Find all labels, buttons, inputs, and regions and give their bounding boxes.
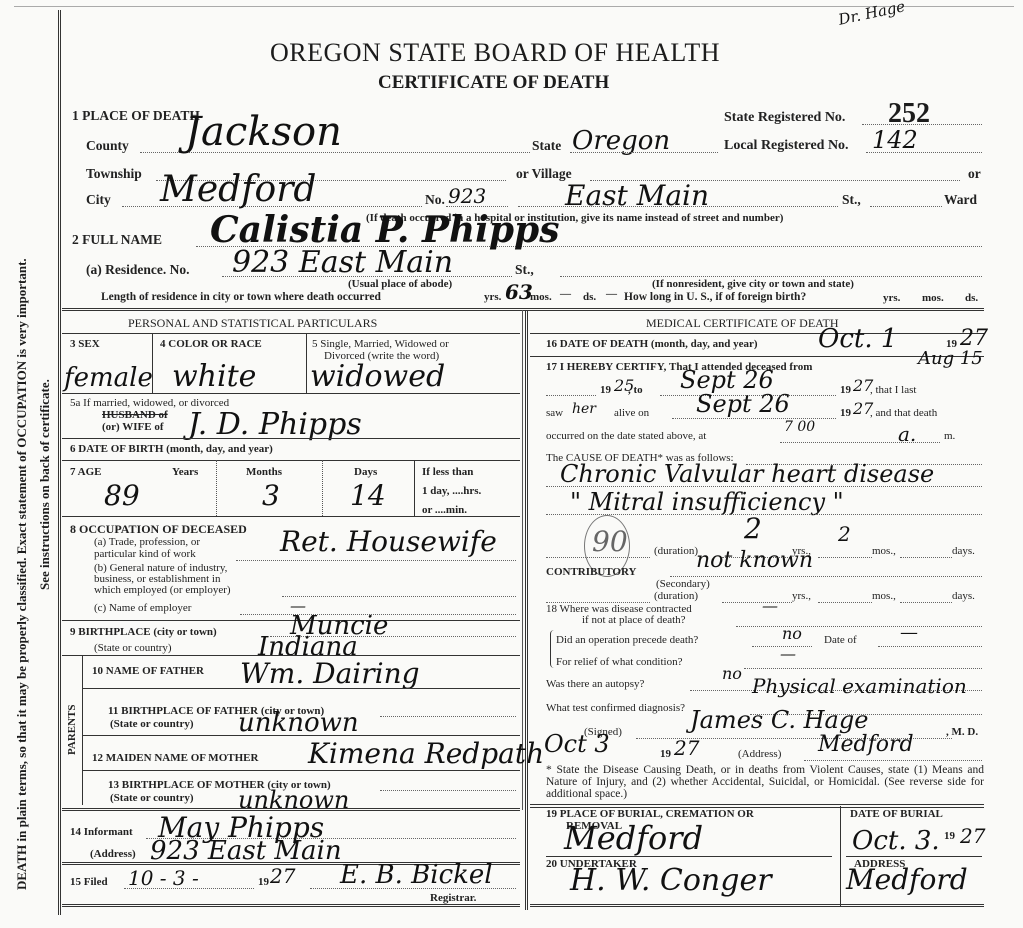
alive-value: Sept 26 (696, 392, 790, 416)
date-of-death-value: Oct. 1 (818, 326, 897, 352)
from-year-line (546, 395, 596, 396)
contracted-value: — (762, 598, 778, 614)
filed-year-value: 27 (270, 866, 295, 886)
sex-value: female (64, 365, 153, 391)
county-label: County (86, 138, 129, 154)
length-of-residence-label: Length of residence in city or town wher… (101, 291, 381, 303)
relief-line (744, 668, 982, 669)
occupation-a-line (236, 560, 516, 561)
spouse-label-2: HUSBAND of (102, 409, 168, 421)
row-rule-10 (82, 688, 520, 689)
row-rule-7 (62, 516, 520, 517)
med-rule-16 (530, 356, 984, 357)
street-number-line (446, 206, 508, 207)
burial-rule (546, 856, 832, 857)
duration2-mos-label: mos., (872, 590, 896, 602)
less-than-label-1: If less than (422, 466, 473, 478)
to-label: , to (628, 384, 643, 396)
age-months-value: 3 (262, 482, 280, 510)
burial-date-label: DATE OF BURIAL (850, 808, 943, 820)
undertaker-address-value: Medford (846, 866, 968, 894)
birthplace-state-label: (State or country) (94, 642, 172, 654)
residence-ds-value: — (606, 288, 617, 300)
foreign-birth-label: How long in U. S., if of foreign birth? (624, 291, 806, 303)
date-of-value: — (900, 624, 918, 642)
undertaker-value: H. W. Conger (570, 866, 772, 896)
county-value: Jackson (185, 112, 342, 152)
burial-date-rule (846, 856, 982, 857)
duration2-days-label: days. (952, 590, 975, 602)
med-address-line (804, 760, 982, 761)
row-rule-9 (62, 655, 520, 656)
spouse-label-3: (or) WIFE of (102, 421, 164, 433)
page-title: OREGON STATE BOARD OF HEALTH (270, 38, 720, 68)
date-of-death-label: 16 DATE OF DEATH (month, day, and year) (546, 338, 758, 350)
contracted-line (736, 626, 982, 627)
ward-line (870, 206, 942, 207)
m-label: m. (944, 430, 955, 442)
street-number-value: 923 (448, 186, 486, 206)
mother-name-value: Kimena Redpath (308, 740, 544, 768)
or-label: or (968, 166, 981, 182)
occupation-b-line (282, 596, 516, 597)
duration2-days-line (900, 602, 952, 603)
foreign-mos-label: mos. (922, 292, 944, 304)
mother-name-label: 12 MAIDEN NAME OF MOTHER (92, 752, 258, 764)
test-value: Physical examination (752, 676, 967, 696)
less-than-label-2: 1 day, ....hrs. (422, 485, 481, 497)
page-subtitle: CERTIFICATE OF DEATH (378, 72, 609, 94)
marital-label-1: 5 Single, Married, Widowed or (312, 338, 449, 350)
local-registered-label: Local Registered No. (724, 138, 849, 154)
foreign-yrs-label: yrs. (883, 292, 900, 304)
full-name-value: Calistia P. Phipps (210, 212, 559, 248)
city-value: Medford (160, 172, 316, 208)
occupation-a-label-1: (a) Trade, profession, or (94, 536, 200, 548)
duration-days-label: days. (952, 545, 975, 557)
employer-label: (c) Name of employer (94, 602, 191, 614)
margin-instruction-1: DEATH in plain terms, so that it may be … (14, 258, 30, 890)
state-registered-line (862, 124, 982, 125)
last-label: , that I last (870, 384, 916, 396)
signed-year-value: 27 (674, 738, 699, 758)
contributory-value: not known (696, 550, 813, 572)
marital-value: widowed (310, 362, 445, 392)
race-label: 4 COLOR OR RACE (160, 338, 262, 350)
residence-ds-label: ds. (583, 291, 596, 303)
saw-value: her (572, 402, 596, 416)
filed-line (124, 888, 254, 889)
contributory-label: CONTRIBUTORY (546, 566, 636, 578)
less-than-label-3: or ....min. (422, 504, 467, 516)
duration-mos-line (818, 557, 872, 558)
parents-label: PARENTS (66, 704, 78, 755)
local-registered-value: 142 (872, 128, 918, 152)
informant-label: 14 Informant (70, 826, 133, 838)
saw-label: saw (546, 407, 563, 419)
duration-lead-line (546, 557, 650, 558)
burial-divider (840, 806, 841, 906)
nonresident-note: (If nonresident, give city or town and s… (652, 278, 854, 290)
date-of-label: Date of (824, 634, 857, 646)
ward-label: Ward (944, 192, 977, 208)
race-value: white (172, 362, 256, 392)
occupation-a-label-2: particular kind of work (94, 548, 196, 560)
residence-mos-label: mos. (530, 291, 552, 303)
filed-value: 10 - 3 - (128, 868, 199, 888)
filed-year-prefix: 19 (258, 876, 269, 888)
father-name-value: Wm. Dairing (240, 660, 420, 688)
attended-to-value: Sept 26 (680, 368, 774, 392)
dob-label: 6 DATE OF BIRTH (month, day, and year) (70, 443, 273, 455)
sex-label: 3 SEX (70, 338, 100, 350)
test-label: What test confirmed diagnosis? (546, 702, 685, 714)
state-value: Oregon (572, 128, 670, 154)
relief-value: — (780, 646, 796, 662)
years-divider (216, 460, 217, 516)
contracted-label-2: if not at place of death? (582, 614, 686, 626)
operation-value: no (782, 626, 802, 642)
birthplace-label: 9 BIRTHPLACE (city or town) (70, 626, 217, 638)
cause-line-1-rule (546, 486, 982, 487)
duration-label: (duration) (654, 545, 698, 557)
signed-year-prefix: 19 (660, 748, 671, 760)
duration-mos-label: mos., (872, 545, 896, 557)
row-rule-3 (62, 393, 520, 394)
informant-address-label: (Address) (90, 848, 136, 860)
operation-label: Did an operation precede death? (556, 634, 698, 646)
med-address-label: (Address) (738, 748, 781, 760)
ampm-value: a. (898, 424, 916, 444)
st-label: St., (842, 192, 861, 208)
from-year-prefix: 19 (600, 384, 611, 396)
street-name-line (518, 206, 838, 207)
father-birthplace-value: unknown (238, 710, 359, 736)
row-rule-5a (62, 438, 520, 439)
registrar-label: Registrar. (430, 892, 476, 904)
alive-year-prefix: 19 (840, 407, 851, 419)
foreign-ds-label: ds. (965, 292, 978, 304)
race-divider (306, 333, 307, 393)
street-number-label: No. (425, 192, 445, 208)
duration2-mos-line (818, 602, 872, 603)
duration-mos-value: 2 (838, 524, 851, 544)
abode-note: (Usual place of abode) (348, 278, 452, 290)
autopsy-value: no (722, 666, 742, 682)
burial-year-prefix: 19 (944, 830, 955, 842)
father-name-label: 10 NAME OF FATHER (92, 665, 204, 677)
cause-line-2: " Mitral insufficiency " (570, 490, 844, 514)
days-divider (414, 460, 415, 516)
attended-from-value: Aug 15 (918, 350, 983, 368)
secondary-label: (Secondary) (656, 578, 710, 590)
dod-year-value: 27 (960, 328, 988, 350)
personal-section-title: PERSONAL AND STATISTICAL PARTICULARS (128, 316, 377, 331)
corner-note: Dr. Hage (837, 0, 906, 28)
signed-value: James C. Hage (690, 708, 868, 732)
bottom-rule-right (530, 904, 984, 907)
residence-st-label: St., (515, 262, 534, 278)
alive-label: alive on (614, 407, 649, 419)
md-label: , M. D. (946, 726, 978, 738)
local-registered-line (866, 152, 982, 153)
residence-extra-line (560, 276, 982, 277)
residence-yrs-label: yrs. (484, 291, 501, 303)
residence-yrs-value: 63 (505, 282, 533, 302)
months-divider (322, 460, 323, 516)
father-birthplace-line (380, 716, 516, 717)
circled-number: 90 (592, 528, 628, 556)
document-frame (58, 10, 65, 915)
burial-date-value: Oct. 3. (852, 828, 940, 854)
operation-brace (550, 630, 555, 668)
duration-yrs-value: 2 (744, 515, 762, 543)
relief-label: For relief of what condition? (556, 656, 682, 668)
age-days-value: 14 (350, 482, 386, 510)
spouse-value: J. D. Phipps (188, 410, 362, 440)
bottom-rule-left (62, 904, 520, 907)
registrar-signature: E. B. Bickel (340, 862, 493, 888)
contributory-line (670, 576, 982, 577)
medical-title-rule (530, 333, 984, 334)
village-label: or Village (516, 166, 572, 182)
burial-place-value: Medford (564, 822, 703, 854)
mother-birthplace-state-label: (State or country) (110, 792, 194, 804)
row-rule-11 (82, 735, 520, 736)
full-name-label: 2 FULL NAME (72, 232, 162, 248)
row-rule-12 (82, 770, 520, 771)
duration2-label: (duration) (654, 590, 698, 602)
med-address-value: Medford (818, 734, 914, 756)
footnote: * State the Disease Causing Death, or in… (546, 764, 984, 800)
township-label: Township (86, 166, 142, 182)
time-value: 7 00 (784, 420, 815, 434)
age-years-value: 89 (104, 482, 140, 510)
date-of-line (878, 646, 982, 647)
autopsy-label: Was there an autopsy? (546, 678, 644, 690)
duration2-yrs-line (722, 602, 792, 603)
father-birthplace-state-label: (State or country) (110, 718, 194, 730)
burial-year-value: 27 (960, 826, 985, 846)
duration2-yrs-label: yrs., (792, 590, 811, 602)
occupation-label: 8 OCCUPATION OF DECEASED (70, 522, 247, 537)
cause-line-1: Chronic Valvular heart disease (560, 462, 934, 486)
years-label: Years (172, 466, 198, 478)
medical-section-title: MEDICAL CERTIFICATE OF DEATH (646, 316, 839, 331)
row-rule-6 (62, 460, 520, 461)
parents-divider (82, 655, 83, 805)
days-label: Days (354, 466, 377, 478)
occupation-b-label-3: which employed (or employer) (94, 584, 231, 596)
personal-title-rule (62, 333, 520, 334)
margin-instruction-2: See instructions on back of certificate. (37, 379, 53, 590)
section-divider (62, 308, 984, 311)
residence-value: 923 East Main (232, 248, 453, 278)
filed-label: 15 Filed (70, 876, 108, 888)
occupation-a-value: Ret. Housewife (280, 528, 497, 556)
residence-line (222, 276, 512, 277)
city-label: City (86, 192, 111, 208)
state-registered-label: State Registered No. (724, 110, 845, 126)
residence-label: (a) Residence. No. (86, 262, 189, 278)
right-frame (522, 310, 523, 810)
to-year-prefix: 19 (840, 384, 851, 396)
and-label: , and that death (870, 407, 937, 419)
informant-address-value: 923 East Main (150, 838, 342, 864)
state-line (570, 152, 718, 153)
place-of-death-label: 1 PLACE OF DEATH (72, 108, 200, 124)
age-label: 7 AGE (70, 466, 101, 478)
residence-mos-value: — (560, 288, 571, 300)
state-label: State (532, 138, 561, 154)
mother-birthplace-line (380, 790, 516, 791)
duration-days-line (900, 557, 952, 558)
occurred-label: occurred on the date stated above, at (546, 430, 706, 442)
months-label: Months (246, 466, 282, 478)
signed-date-value: Oct 3 (544, 732, 610, 756)
column-divider (525, 310, 531, 910)
